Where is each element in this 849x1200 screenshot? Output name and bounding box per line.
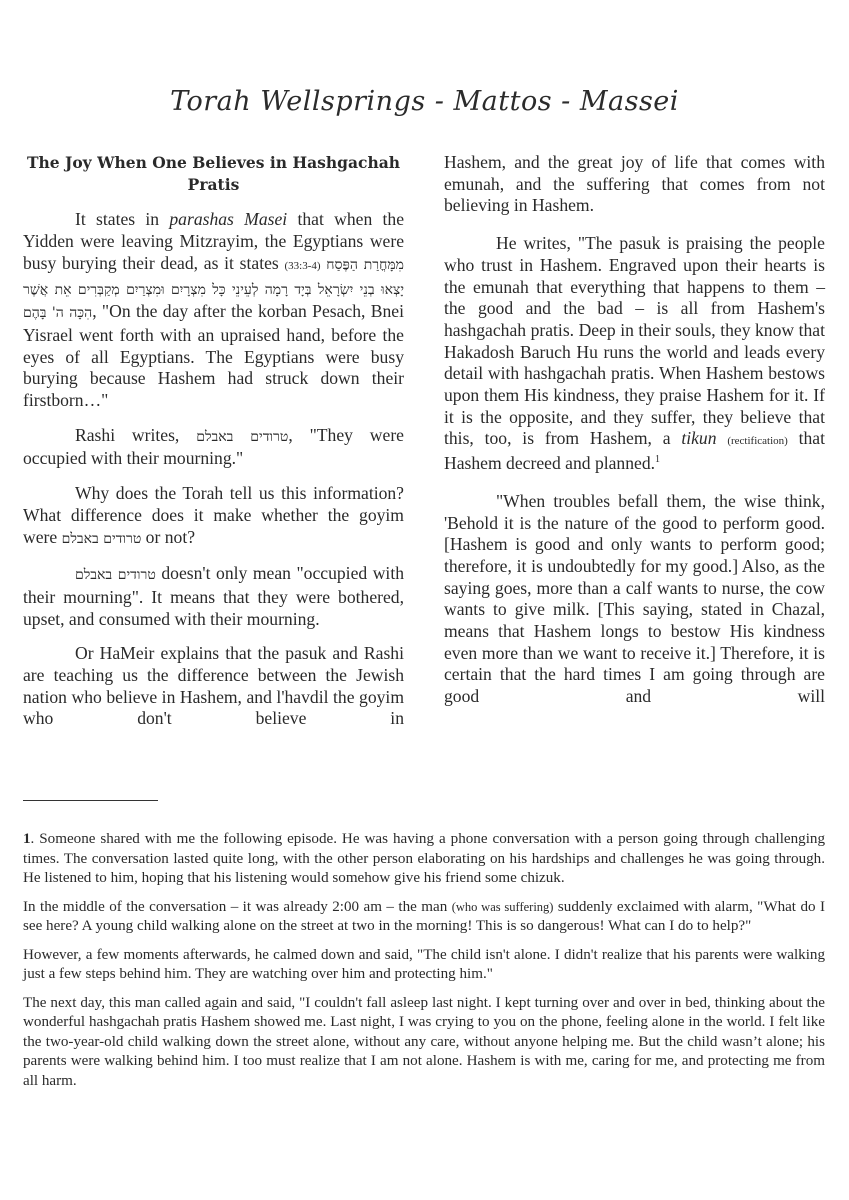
running-title: Torah Wellsprings - Mattos - Massei — [0, 86, 849, 117]
paragraph: He writes, "The pasuk is praising the pe… — [444, 233, 825, 475]
footnote-separator — [23, 800, 158, 801]
text-run: It states in — [75, 209, 169, 229]
document-page: Torah Wellsprings - Mattos - Massei The … — [0, 0, 849, 1200]
italic-term: parashas Masei — [169, 209, 287, 229]
right-column: Hashem, and the great joy of life that c… — [444, 152, 825, 721]
text-run: The next day, this man called again and … — [23, 995, 825, 1089]
section-heading: The Joy When One Believes in Hashgachah … — [23, 152, 404, 195]
paragraph: Or HaMeir explains that the pasuk and Ra… — [23, 643, 404, 730]
paragraph: טרודים באבלם doesn't only mean "occupied… — [23, 563, 404, 630]
italic-term: tikun — [681, 428, 716, 448]
text-run: Rashi writes, — [75, 425, 196, 445]
paragraph: Why does the Torah tell us this informat… — [23, 483, 404, 550]
left-column: The Joy When One Believes in Hashgachah … — [23, 152, 404, 743]
hebrew-quote: טרודים באבלם — [75, 567, 156, 583]
footnote-paragraph: However, a few moments afterwards, he ca… — [23, 946, 825, 985]
footnote-reference[interactable]: 1 — [655, 454, 660, 465]
footnote-number: 1 — [23, 831, 31, 847]
text-run: Hashem, and the great joy of life that c… — [444, 152, 825, 215]
footnotes: 1. Someone shared with me the following … — [23, 830, 825, 1100]
parenthetical: (rectification) — [727, 435, 787, 447]
hebrew-quote: טרודים באבלם — [196, 429, 288, 445]
paragraph: Rashi writes, טרודים באבלם, "They were o… — [23, 425, 404, 470]
text-run: . Someone shared with me the following e… — [23, 831, 825, 886]
text-run: "When troubles befall them, the wise thi… — [444, 491, 825, 706]
paragraph: Hashem, and the great joy of life that c… — [444, 152, 825, 217]
text-run: or not? — [141, 527, 195, 547]
paragraph: "When troubles befall them, the wise thi… — [444, 491, 825, 708]
footnote-paragraph: In the middle of the conversation – it w… — [23, 898, 825, 937]
text-run: However, a few moments afterwards, he ca… — [23, 947, 825, 983]
hebrew-quote: טרודים באבלם — [62, 531, 142, 547]
verse-reference: (33:3-4) — [284, 260, 320, 272]
text-run: In the middle of the conversation – it w… — [23, 899, 452, 915]
footnote-paragraph: 1. Someone shared with me the following … — [23, 830, 825, 889]
paragraph: It states in parashas Masei that when th… — [23, 209, 404, 411]
text-run: Or HaMeir explains that the pasuk and Ra… — [23, 643, 404, 728]
footnote-paragraph: The next day, this man called again and … — [23, 994, 825, 1092]
text-run: He writes, "The pasuk is praising the pe… — [444, 233, 825, 448]
parenthetical: (who was suffering) — [452, 900, 554, 914]
